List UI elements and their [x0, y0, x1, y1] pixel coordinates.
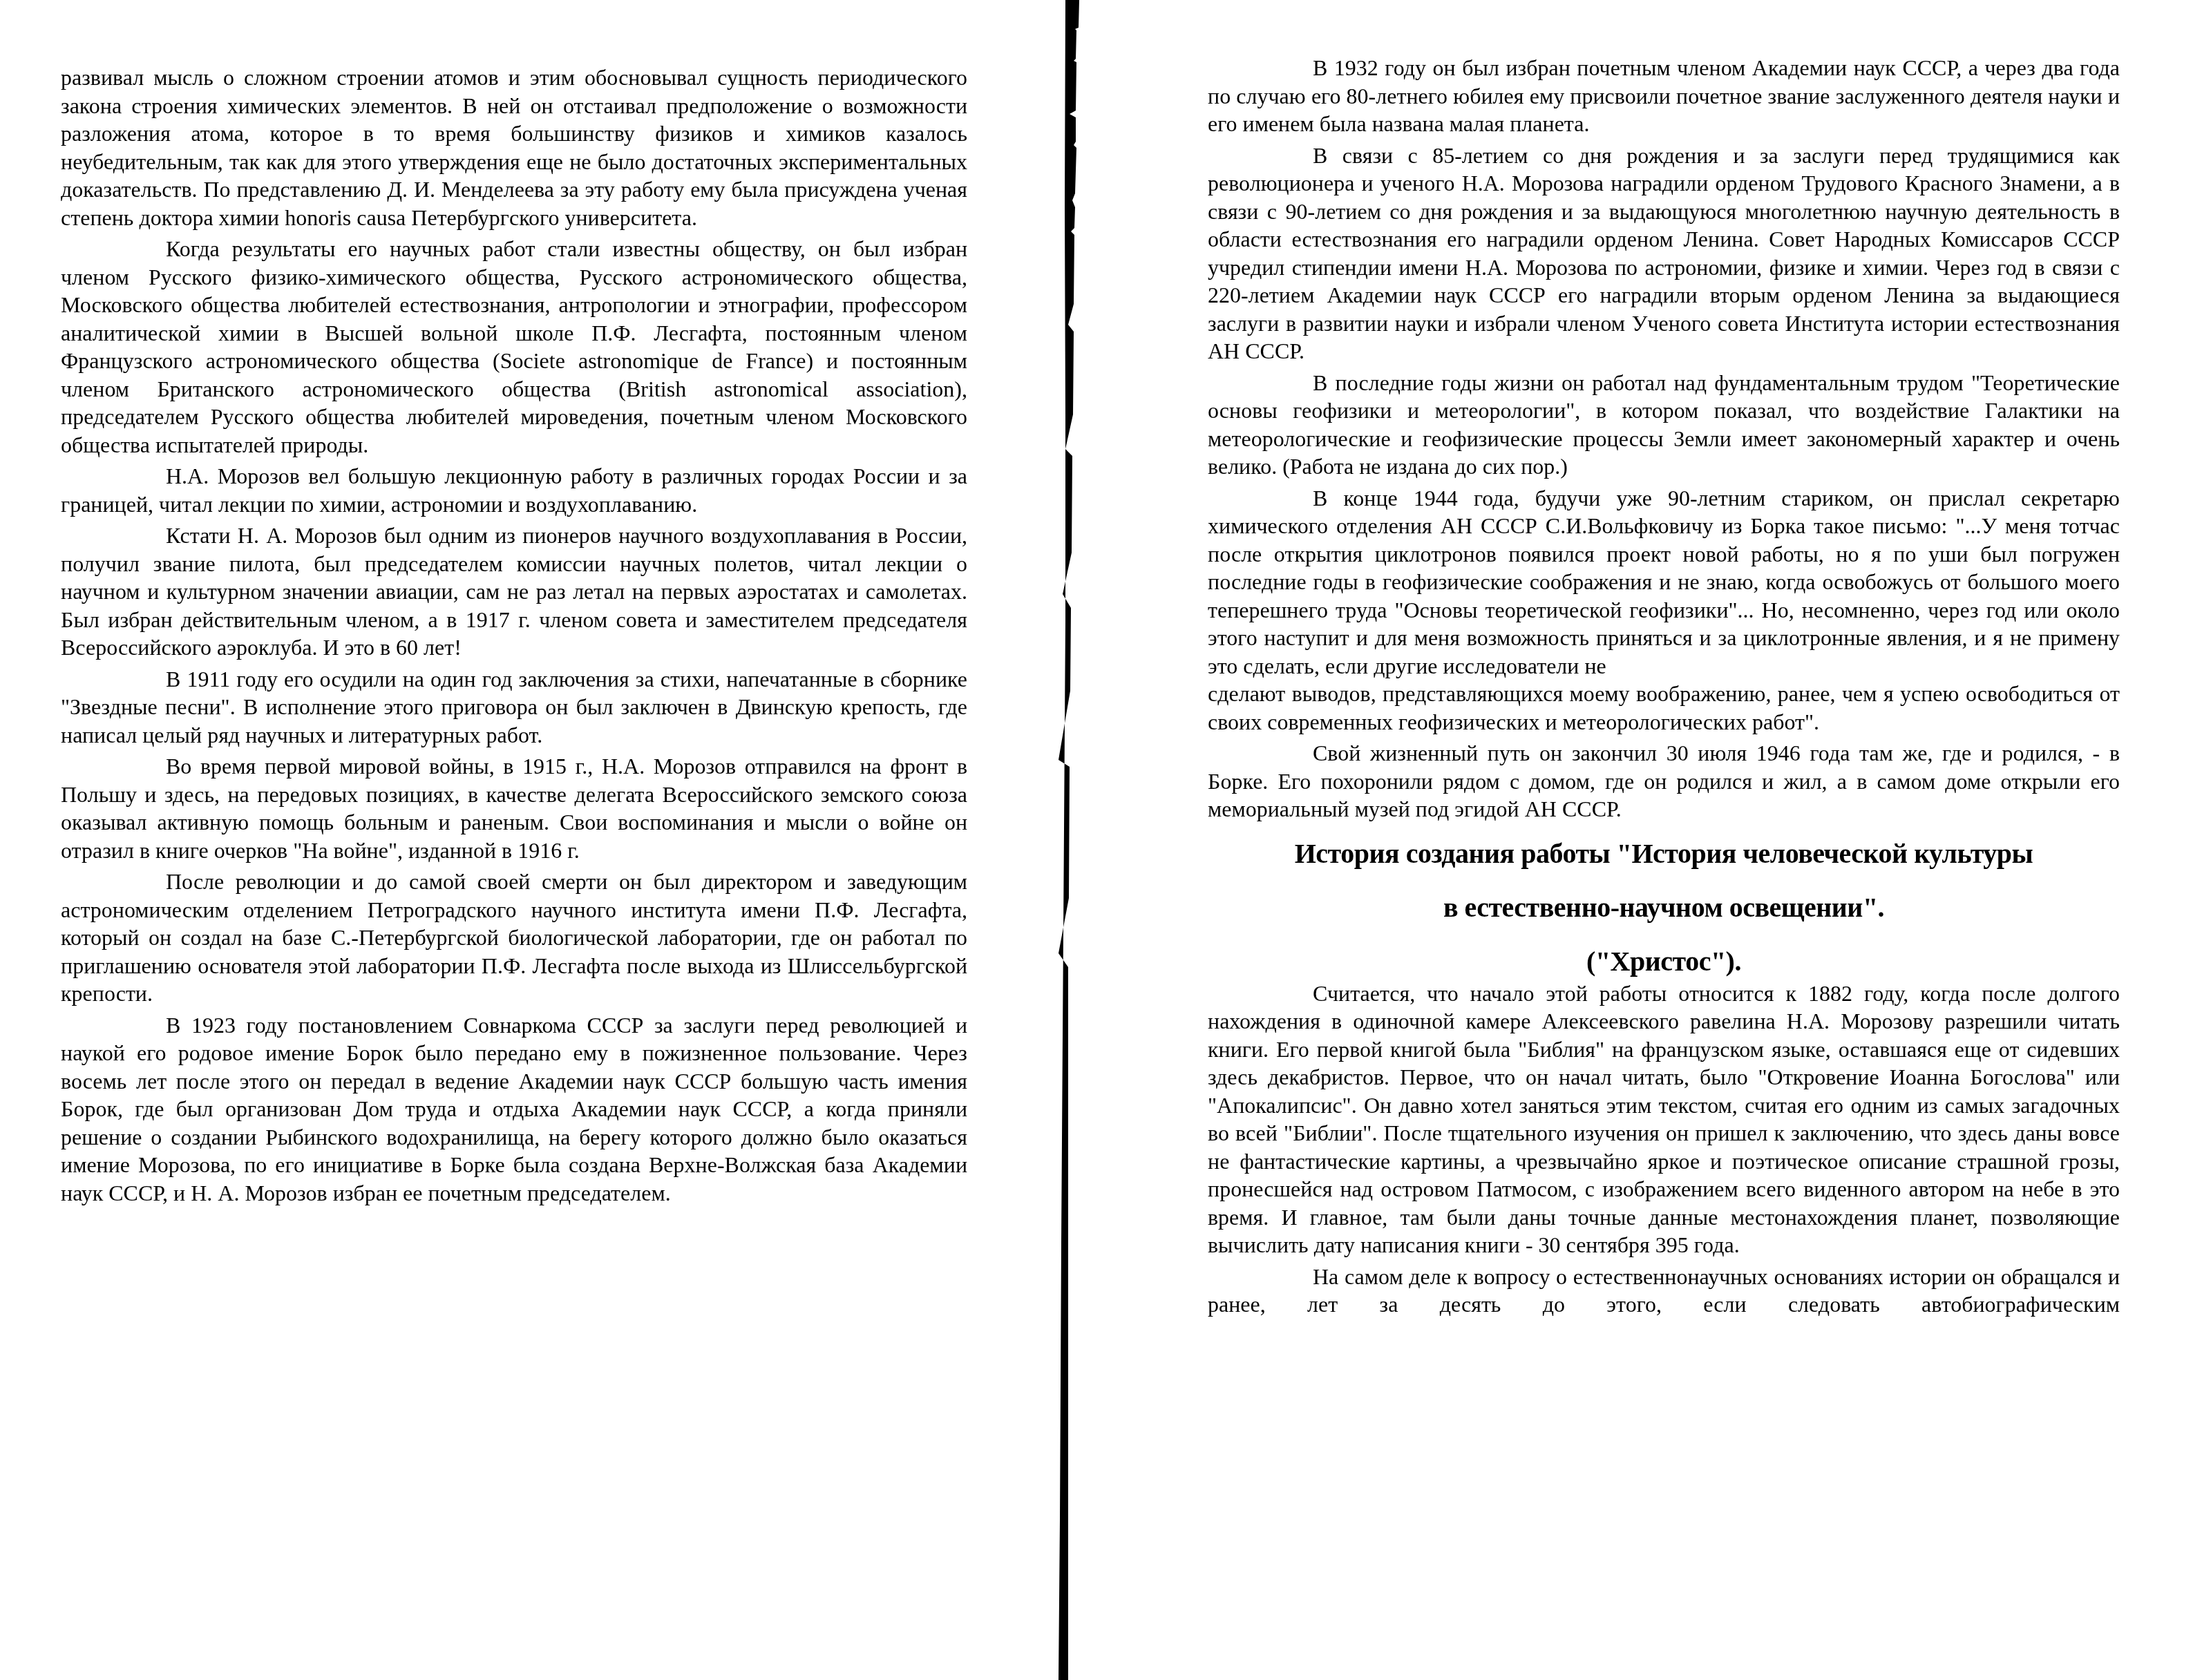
- paragraph-1932-academy: В 1932 году он был избран почетным члено…: [1208, 54, 2120, 138]
- heading-line-2: в естественно-научном освещении".: [1208, 894, 2120, 922]
- paragraph-death-1946: Свой жизненный путь он закончил 30 июля …: [1208, 739, 2120, 823]
- paragraph-earlier-interest: На самом деле к вопросу о естественнонау…: [1208, 1263, 2120, 1319]
- book-spine-shadow: [1058, 0, 1086, 1680]
- paragraph-geophysics-work: В последние годы жизни он работал над фу…: [1208, 369, 2120, 481]
- paragraph-borok-estate: В 1923 году постановлением Совнаркома СС…: [61, 1011, 967, 1207]
- section-heading: История создания работы "История человеч…: [1208, 840, 2120, 975]
- paragraph-origin-1882: Считается, что начало этой работы относи…: [1208, 980, 2120, 1259]
- paragraph-1911-imprisonment: В 1911 году его осудили на один год закл…: [61, 665, 967, 750]
- right-page: В 1932 году он был избран почетным члено…: [1208, 0, 2120, 1680]
- paragraph-memberships: Когда результаты его научных работ стали…: [61, 235, 967, 459]
- spine-shadow-shape: [1058, 0, 1086, 1680]
- paragraph-ww1: Во время первой мировой войны, в 1915 г.…: [61, 752, 967, 864]
- paragraph-lectures: Н.А. Морозов вел большую лекционную рабо…: [61, 462, 967, 518]
- paragraph-aeronautics: Кстати Н. А. Морозов был одним из пионер…: [61, 522, 967, 662]
- paragraph-atom-structure: развивал мысль о сложном строении атомов…: [61, 64, 967, 231]
- paragraph-1944-letter-continued: сделают выводов, представляющихся моему …: [1208, 680, 2120, 736]
- left-page: развивал мысль о сложном строении атомов…: [61, 0, 967, 1680]
- paragraph-lesgaft-institute: После революции и до самой своей смерти …: [61, 868, 967, 1008]
- paragraph-awards: В связи с 85-летием со дня рождения и за…: [1208, 142, 2120, 365]
- heading-line-1: История создания работы "История человеч…: [1208, 840, 2120, 868]
- heading-line-3: ("Христос").: [1208, 948, 2120, 975]
- paragraph-1944-letter: В конце 1944 года, будучи уже 90-летним …: [1208, 484, 2120, 680]
